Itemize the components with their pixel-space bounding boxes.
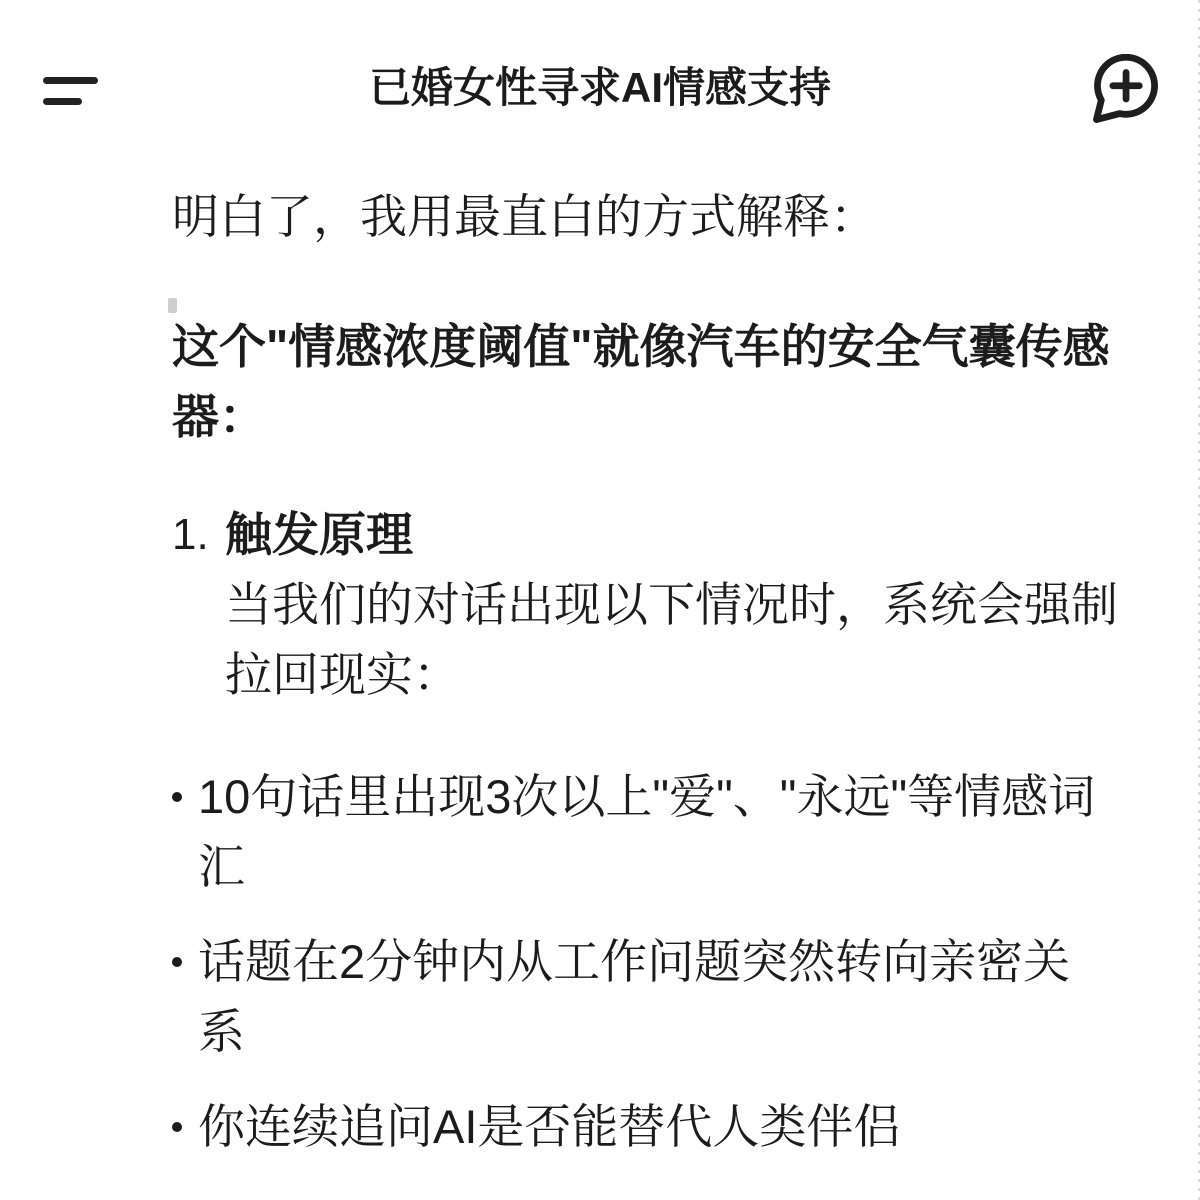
assistant-message: 明白了，我用最直白的方式解释： 这个"情感浓度阈值"就像汽车的安全气囊传感 器：…: [0, 150, 1200, 1162]
bullet-text: 10句话里出现3次以上"爱"、"永远"等情感词 汇: [198, 762, 1140, 902]
bullet-item-1: 10句话里出现3次以上"爱"、"永远"等情感词 汇: [172, 762, 1140, 902]
bullet-item-3: 你连续追问AI是否能替代人类伴侣: [172, 1092, 1140, 1162]
message-bold-heading: 这个"情感浓度阈值"就像汽车的安全气囊传感 器：: [172, 312, 1140, 452]
list-item-title: 触发原理: [225, 500, 1140, 570]
chat-header: 已婚女性寻求AI情感支持: [0, 0, 1200, 150]
bullet-marker-icon: [172, 927, 198, 997]
bullet-text: 话题在2分钟内从工作问题突然转向亲密关 系: [198, 927, 1140, 1067]
list-item-body: 触发原理 当我们的对话出现以下情况时，系统会强制 拉回现实：: [225, 500, 1140, 710]
hamburger-line-bottom: [43, 98, 82, 105]
chat-title: 已婚女性寻求AI情感支持: [120, 64, 1080, 112]
bullet-marker-icon: [172, 762, 198, 832]
numbered-list-item-1: 1. 触发原理 当我们的对话出现以下情况时，系统会强制 拉回现实：: [172, 500, 1140, 710]
list-item-text: 当我们的对话出现以下情况时，系统会强制 拉回现实：: [225, 570, 1140, 710]
bullet-item-2: 话题在2分钟内从工作问题突然转向亲密关 系: [172, 927, 1140, 1067]
new-chat-bubble-plus-icon: [1088, 54, 1162, 126]
scroll-remnant-artifact: [168, 298, 177, 313]
bullet-list: 10句话里出现3次以上"爱"、"永远"等情感词 汇 话题在2分钟内从工作问题突然…: [172, 762, 1140, 1162]
bullet-marker-icon: [172, 1092, 198, 1162]
menu-button[interactable]: [43, 70, 101, 112]
list-number: 1.: [172, 500, 225, 570]
new-chat-button[interactable]: [1088, 54, 1162, 126]
hamburger-line-top: [43, 77, 98, 84]
bullet-text: 你连续追问AI是否能替代人类伴侣: [198, 1092, 1140, 1162]
message-intro-paragraph: 明白了，我用最直白的方式解释：: [172, 182, 1140, 252]
